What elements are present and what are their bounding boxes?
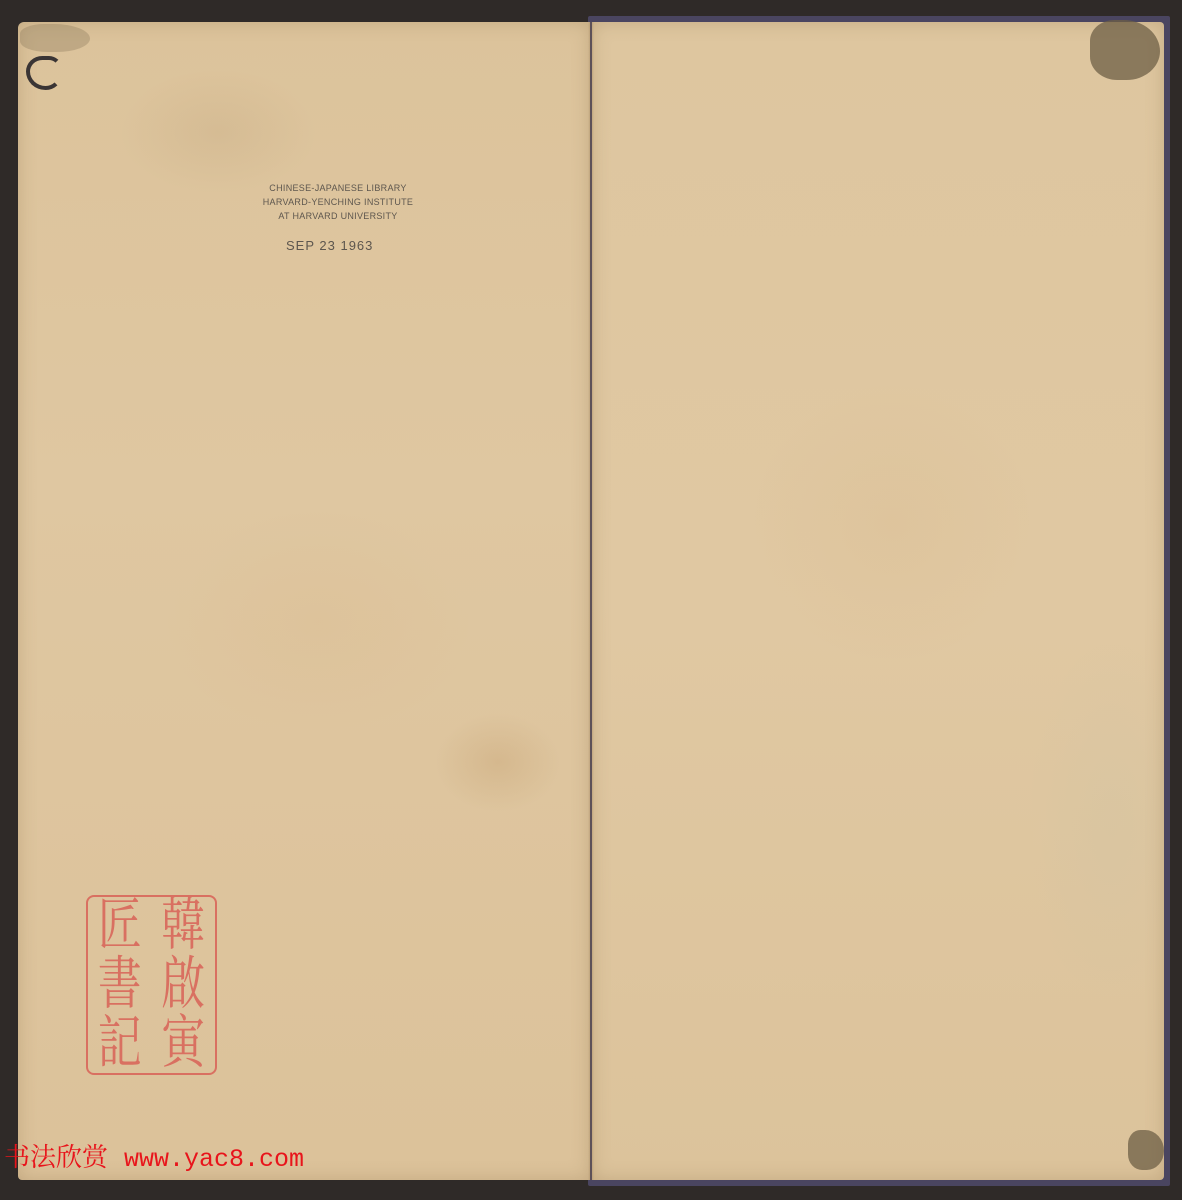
corner-stain-bottom-right (1128, 1130, 1164, 1170)
corner-stain-top-left (20, 24, 90, 52)
seal-char: 韓 (161, 898, 205, 955)
collector-seal: 韓 啟 寅 匠 書 記 (86, 895, 217, 1075)
seal-char: 啟 (161, 956, 205, 1013)
watermark-label: 书法欣赏 (4, 1143, 108, 1173)
stamp-date: SEP 23 1963 (258, 239, 418, 253)
seal-char: 記 (98, 1015, 142, 1072)
site-watermark: 书法欣赏www.yac8.com (4, 1137, 304, 1174)
library-accession-stamp: CHINESE-JAPANESE LIBRARY HARVARD-YENCHIN… (258, 181, 418, 253)
stamp-line-1: CHINESE-JAPANESE LIBRARY (258, 181, 418, 195)
ink-mark-icon (26, 56, 62, 90)
seal-char: 書 (98, 956, 142, 1013)
right-page (592, 22, 1164, 1180)
seal-char: 寅 (161, 1015, 205, 1072)
stamp-line-2: HARVARD-YENCHING INSTITUTE (258, 195, 418, 209)
stamp-line-3: AT HARVARD UNIVERSITY (258, 209, 418, 223)
seal-right-column: 韓 啟 寅 (152, 897, 216, 1073)
seal-char: 匠 (98, 898, 142, 955)
corner-stain-top-right (1090, 20, 1160, 80)
watermark-url: www.yac8.com (124, 1145, 304, 1174)
book-gutter (588, 22, 594, 1180)
seal-left-column: 匠 書 記 (88, 897, 152, 1073)
